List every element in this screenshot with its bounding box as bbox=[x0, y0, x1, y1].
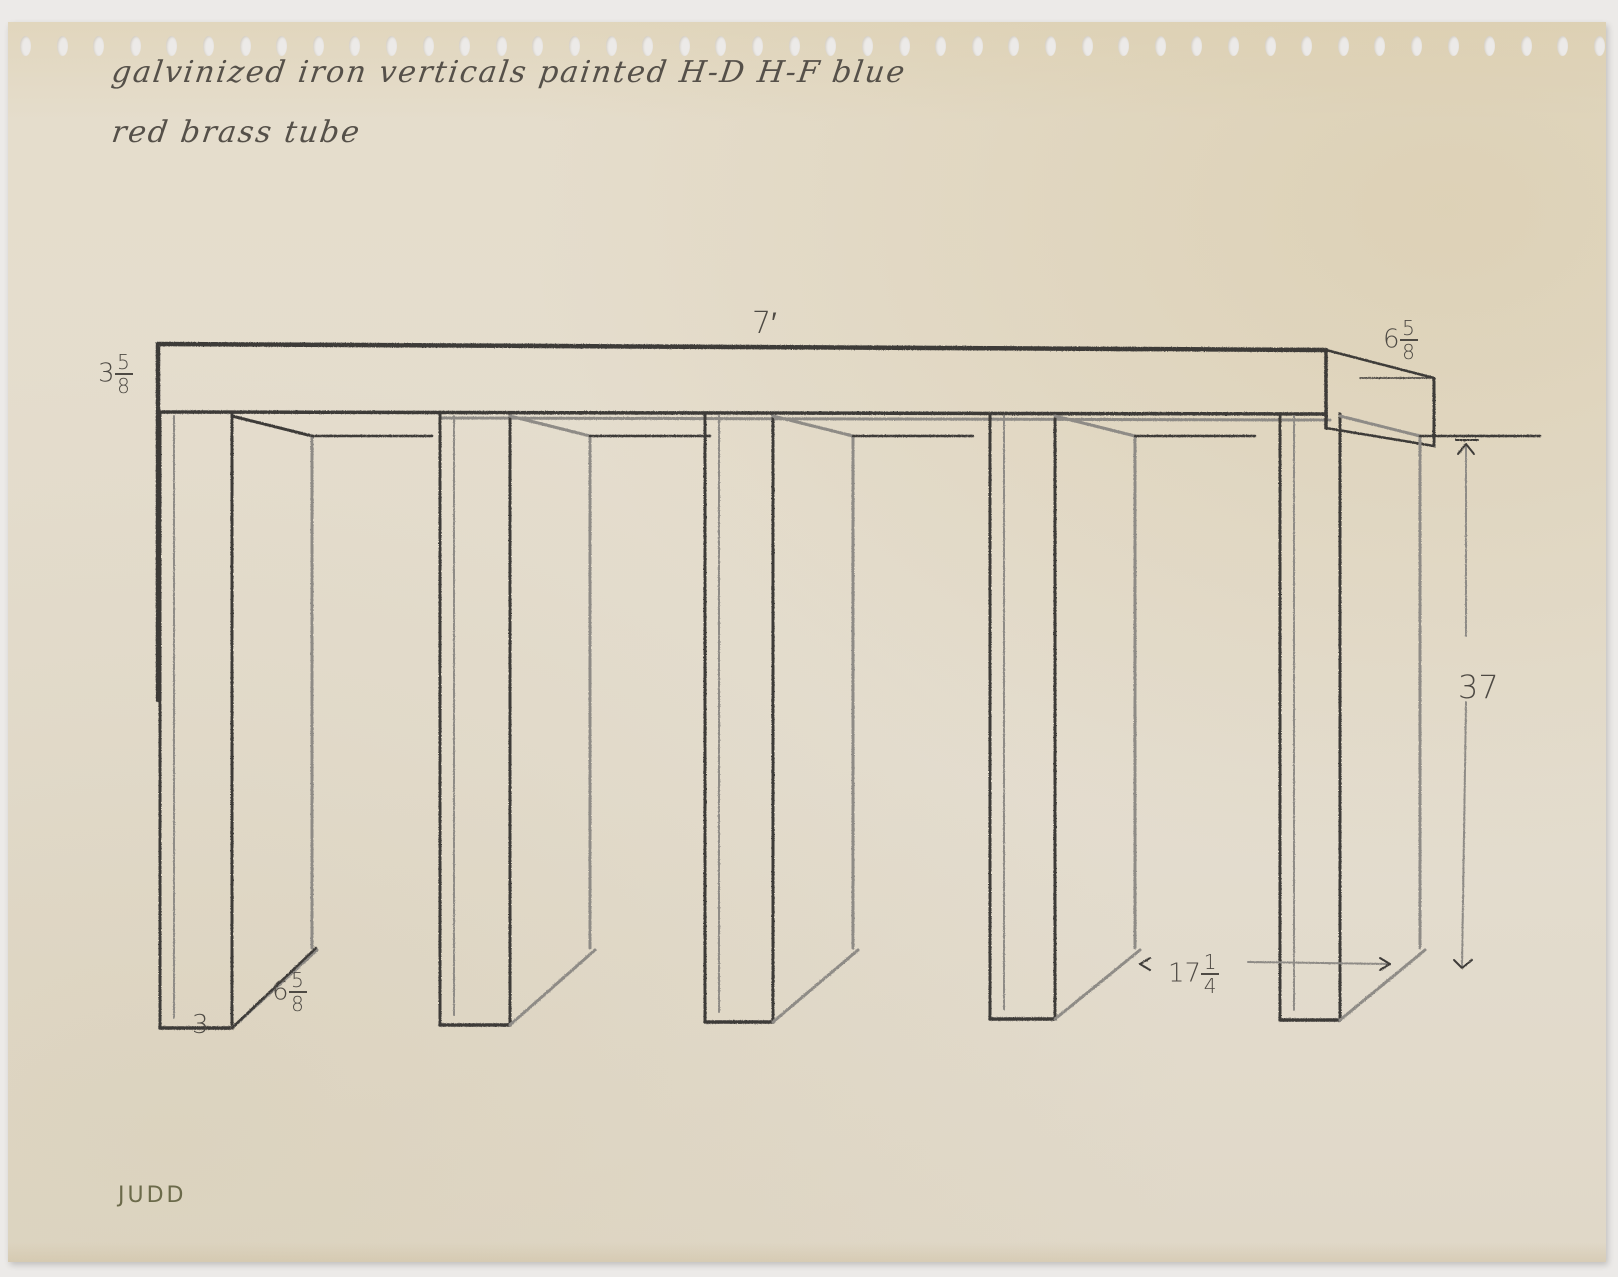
column-side-top bbox=[232, 416, 312, 436]
denominator: 8 bbox=[117, 376, 130, 396]
dimension-fraction: 58 bbox=[1400, 318, 1418, 362]
numerator: 5 bbox=[117, 352, 130, 372]
height-arrowhead-up bbox=[1458, 444, 1466, 454]
dimension-column-depth: 658 bbox=[272, 970, 307, 1014]
height-arrowhead-down bbox=[1454, 960, 1462, 968]
spacing-arrowhead-left bbox=[1140, 958, 1150, 964]
denominator: 8 bbox=[1402, 342, 1415, 362]
spacing-arrow bbox=[1248, 962, 1390, 964]
dimension-whole: 6 bbox=[272, 977, 289, 1007]
annotation-materials: galvinized iron verticals painted H-D H-… bbox=[110, 55, 909, 90]
numerator: 5 bbox=[1402, 318, 1415, 338]
beam-top-edge bbox=[158, 344, 1326, 350]
furniture-sketch bbox=[0, 0, 1618, 1277]
dimension-column-width: 3 bbox=[192, 1010, 209, 1040]
dimension-whole: 17 bbox=[1168, 959, 1201, 989]
dimension-beam-height: 358 bbox=[98, 352, 133, 396]
artist-signature: JUDD bbox=[118, 1183, 186, 1208]
numerator: 5 bbox=[291, 970, 304, 990]
column-side-base bbox=[1055, 950, 1140, 1019]
dimension-whole: 3 bbox=[98, 359, 115, 389]
dimension-fraction: 58 bbox=[289, 970, 307, 1014]
denominator: 4 bbox=[1204, 976, 1217, 996]
dimension-beam-depth: 658 bbox=[1383, 318, 1418, 362]
height-arrowhead-up bbox=[1466, 444, 1474, 454]
beam-depth-bottom bbox=[1326, 428, 1434, 446]
beam-bottom-edge bbox=[158, 412, 1326, 414]
beam-depth-top bbox=[1326, 350, 1434, 378]
dimension-height: 37 bbox=[1458, 668, 1499, 706]
dimension-beam-length: 7′ bbox=[752, 306, 777, 341]
denominator: 8 bbox=[291, 994, 304, 1014]
height-arrowhead-down bbox=[1462, 960, 1472, 968]
dimension-fraction: 14 bbox=[1201, 952, 1219, 996]
annotation-tube: red brass tube bbox=[110, 115, 364, 150]
dimension-whole: 6 bbox=[1383, 325, 1400, 355]
dimension-column-spacing: 1714 bbox=[1168, 952, 1219, 996]
column-side-base bbox=[510, 950, 595, 1025]
spacing-arrowhead-left bbox=[1140, 964, 1150, 970]
numerator: 1 bbox=[1204, 952, 1217, 972]
column-side-base bbox=[773, 950, 858, 1022]
height-arrow-lower bbox=[1462, 702, 1466, 968]
dimension-fraction: 58 bbox=[115, 352, 133, 396]
beam-back-edge bbox=[440, 418, 1330, 420]
